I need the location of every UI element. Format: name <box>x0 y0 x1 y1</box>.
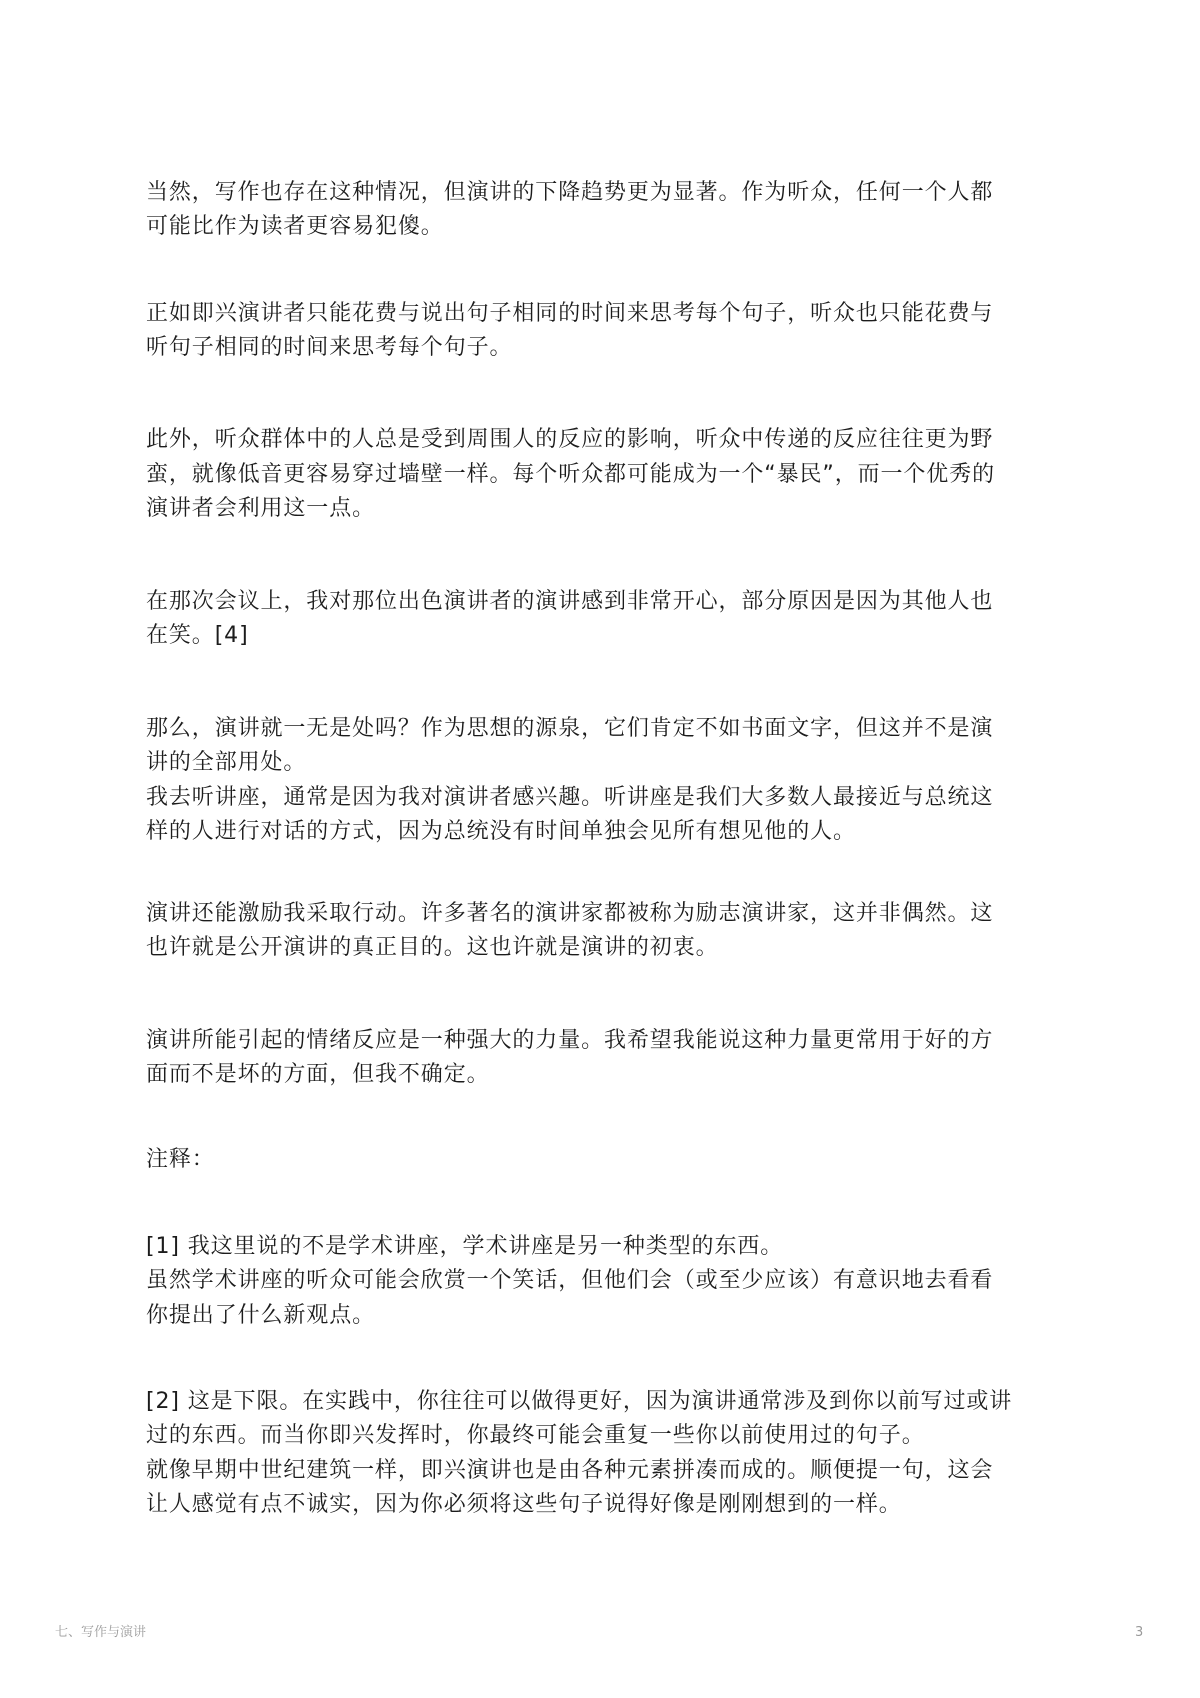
paragraph-line: 演讲者会利用这一点。 <box>146 492 375 526</box>
paragraph-line: 在笑。[4] <box>146 619 249 653</box>
footnote-line: 就像早期中世纪建筑一样，即兴演讲也是由各种元素拼凑而成的。顺便提一句，这会 <box>146 1454 993 1488</box>
footnote-line: 过的东西。而当你即兴发挥时，你最终可能会重复一些你以前使用过的句子。 <box>146 1419 925 1453</box>
document-page: 当然，写作也存在这种情况，但演讲的下降趋势更为显著。作为听众，任何一个人都 可能… <box>0 0 1200 1698</box>
paragraph-line: 我去听讲座，通常是因为我对演讲者感兴趣。听讲座是我们大多数人最接近与总统这 <box>146 781 993 815</box>
footnote-line: [1] 我这里说的不是学术讲座，学术讲座是另一种类型的东西。 <box>146 1230 783 1264</box>
footnote-line: 虽然学术讲座的听众可能会欣赏一个笑话，但他们会（或至少应该）有意识地去看看 <box>146 1264 993 1298</box>
paragraph-line: 演讲还能激励我采取行动。许多著名的演讲家都被称为励志演讲家，这并非偶然。这 <box>146 897 993 931</box>
paragraph-line: 蛮，就像低音更容易穿过墙壁一样。每个听众都可能成为一个“暴民”，而一个优秀的 <box>146 458 995 492</box>
paragraph-line: 样的人进行对话的方式，因为总统没有时间单独会见所有想见他的人。 <box>146 815 856 849</box>
paragraph-line: 演讲所能引起的情绪反应是一种强大的力量。我希望我能说这种力量更常用于好的方 <box>146 1024 993 1058</box>
paragraph-line: 讲的全部用处。 <box>146 746 306 780</box>
footnote-line: 让人感觉有点不诚实，因为你必须将这些句子说得好像是刚刚想到的一样。 <box>146 1488 902 1522</box>
paragraph-line: 那么，演讲就一无是处吗？作为思想的源泉，它们肯定不如书面文字，但这并不是演 <box>146 712 993 746</box>
footnote-line: [2] 这是下限。在实践中，你往往可以做得更好，因为演讲通常涉及到你以前写过或讲 <box>146 1385 1012 1419</box>
paragraph-line: 可能比作为读者更容易犯傻。 <box>146 210 444 244</box>
paragraph-line: 听句子相同的时间来思考每个句子。 <box>146 331 512 365</box>
footer-page-number: 3 <box>1135 1624 1143 1642</box>
paragraph-line: 面而不是坏的方面，但我不确定。 <box>146 1058 490 1092</box>
paragraph-line: 当然，写作也存在这种情况，但演讲的下降趋势更为显著。作为听众，任何一个人都 <box>146 176 993 210</box>
paragraph-line: 在那次会议上，我对那位出色演讲者的演讲感到非常开心，部分原因是因为其他人也 <box>146 585 993 619</box>
paragraph-line: 此外，听众群体中的人总是受到周围人的反应的影响，听众中传递的反应往往更为野 <box>146 423 993 457</box>
paragraph-line: 也许就是公开演讲的真正目的。这也许就是演讲的初衷。 <box>146 931 719 965</box>
footer-chapter-title: 七、写作与演讲 <box>55 1624 146 1642</box>
footnote-line: 你提出了什么新观点。 <box>146 1299 375 1333</box>
notes-heading: 注释： <box>146 1143 215 1177</box>
paragraph-line: 正如即兴演讲者只能花费与说出句子相同的时间来思考每个句子，听众也只能花费与 <box>146 297 993 331</box>
